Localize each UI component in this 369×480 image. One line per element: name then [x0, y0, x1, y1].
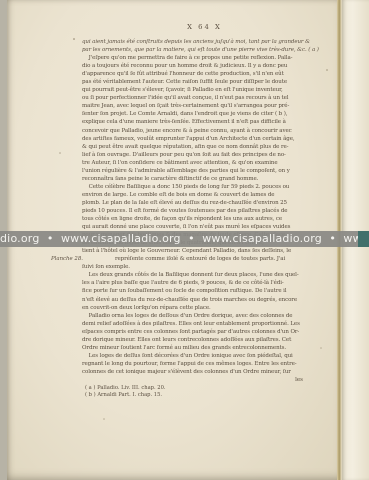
text-line: lief à ſon ouvrage. D'ailleurs pour peu … — [82, 151, 324, 159]
text-line: n'eſt élevé au deſſus du rez-de-chauſſée… — [82, 296, 324, 304]
text-line: eſpaces compris entre ces colonnes ſont … — [82, 328, 324, 336]
watermark-text: dio.org • www.cisapalladio.org • www.cis… — [0, 231, 369, 247]
text-line: tous côtés en ligne droite, de façon qu'… — [82, 215, 324, 223]
text-line: les a l'aire plus baſſe que l'autre de 6… — [82, 279, 324, 287]
watermark-band: dio.org • www.cisapalladio.org • www.cis… — [0, 231, 369, 247]
text-line: explique cela d'une maniere très-ſenſée.… — [82, 118, 324, 126]
text-line: Les loges de deſſus ſont décorées d'un O… — [82, 352, 324, 360]
text-line: Cette célèbre Baſilique a donc 150 pieds… — [82, 183, 324, 191]
text-line: reconnaîtra ſans peine le caractère diſt… — [82, 175, 324, 183]
text-line: des artiſtes fameux, voulût emprunter l'… — [82, 135, 324, 143]
footnotes: ( a ) Palladio. Liv. III. chap. 20.( b )… — [85, 385, 166, 399]
text-line: Palladio orna les loges de deſſous d'un … — [82, 312, 324, 320]
text-line: ſenter ſon projet. Le Comte Arnaldi, dan… — [82, 110, 324, 118]
margin-note-planche: Planche 28. — [51, 256, 83, 262]
text-line: qui pourrait peut-être s'élever, ſçavoir… — [82, 86, 324, 94]
text-line: l'union régulière & l'admirable aſſembla… — [82, 167, 324, 175]
text-line: concevoir que Palladio, jeune encore & à… — [82, 127, 324, 135]
text-line: pieds 10 pouces. Il eſt formé de voutes … — [82, 207, 324, 215]
text-line: environ de large. Le comble eſt de bois … — [82, 191, 324, 199]
text-line: fice porte ſur un ſoubaſſement ou ſocle … — [82, 287, 324, 295]
text-block: qui aient jamais été conſtruits depuis l… — [82, 38, 324, 376]
scan-speck — [73, 38, 75, 40]
text-line: qui aurait donné une place couverte, ſi … — [82, 223, 324, 231]
text-line: repréſente comme iſolé & entouré de loge… — [82, 255, 324, 263]
footnote-line: ( b ) Arnaldi Part. I. chap. 15. — [85, 392, 166, 399]
text-line: ou ſi pour perfectionner l'idée qu'il av… — [82, 94, 324, 102]
text-line: maitre Jean, avec lequel on ſçait très-c… — [82, 102, 324, 110]
text-line: tre Auteur, ſi l'on conſidere ce bâtimen… — [82, 159, 324, 167]
catchword: les — [82, 377, 303, 383]
scanned-book-page-viewer: X 64 X qui aient jamais été conſtruits d… — [0, 0, 369, 480]
text-line: regnant le long du pourtour, forme l'app… — [82, 360, 324, 368]
text-line: & qui peut être avait quelque réputation… — [82, 143, 324, 151]
text-line: par les ornements, que par la matiere, q… — [82, 46, 324, 54]
text-line: en couvrit-on deux lorſqu'on répara cett… — [82, 304, 324, 312]
text-line: tient à l'hôtel où loge le Gouverneur. C… — [82, 247, 324, 255]
text-line: d'apparence qu'il ſe fût attribué l'honn… — [82, 70, 324, 78]
text-line: demi relief adoſſées à des pilaſtres. El… — [82, 320, 324, 328]
text-line: pas été véritablement l'auteur. Cette ra… — [82, 78, 324, 86]
page-number-header: X 64 X — [82, 23, 327, 31]
text-line: Les deux grands côtés de la Baſilique do… — [82, 271, 324, 279]
text-line: ſuivi ſon exemple. — [82, 263, 324, 271]
text-line: dio a toujours été reconnu pour un homme… — [82, 62, 324, 70]
text-line: J'eſpere qu'on me permettra de faire à c… — [82, 54, 324, 62]
text-line: Ordre mineur ſoutient l'arc formé au mil… — [82, 344, 324, 352]
text-line: dre dorique mineur. Elles ont leurs cont… — [82, 336, 324, 344]
text-line: qui aient jamais été conſtruits depuis l… — [82, 38, 324, 46]
watermark-logo-block — [358, 231, 369, 247]
text-line: colonnes de cet ionique majeur s'élèvent… — [82, 368, 324, 376]
text-line: plomb. Le plan de la ſale eſt élevé au d… — [82, 199, 324, 207]
